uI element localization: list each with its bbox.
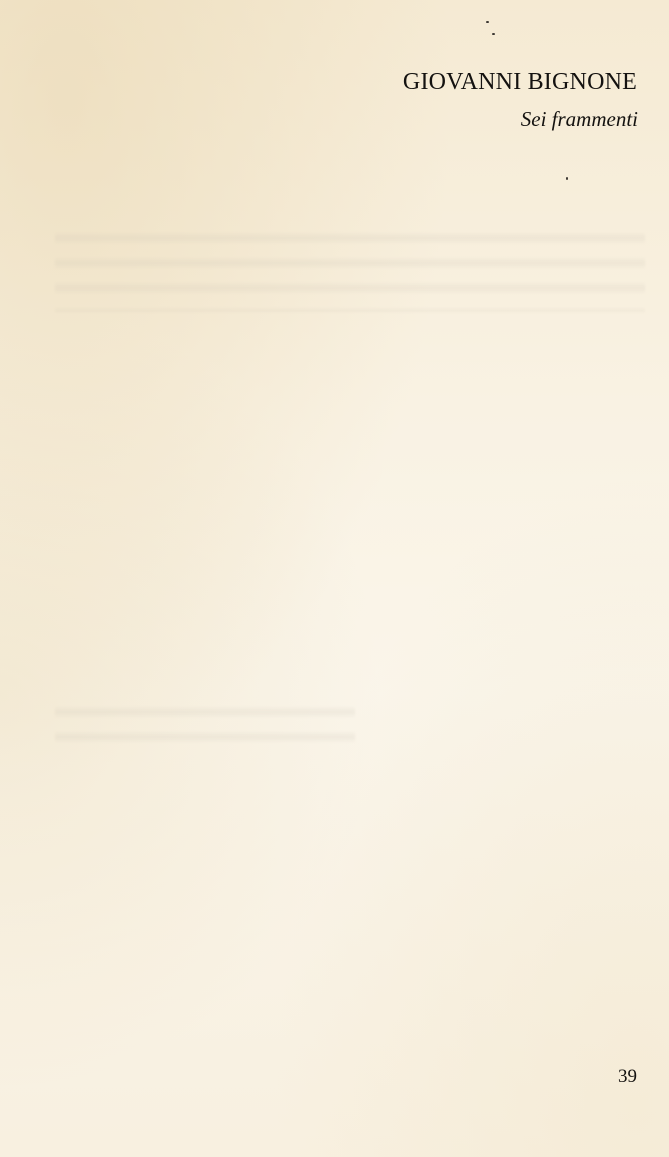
book-page: GIOVANNI BIGNONE Sei frammenti 39 [0, 0, 669, 1157]
work-title: Sei frammenti [521, 107, 638, 132]
author-name: GIOVANNI BIGNONE [403, 69, 637, 96]
paper-speck [492, 33, 495, 35]
paper-speck [486, 21, 489, 23]
page-number: 39 [618, 1066, 637, 1088]
show-through-text-block [55, 232, 645, 312]
paper-speck [566, 177, 568, 180]
show-through-text-block [55, 706, 355, 756]
